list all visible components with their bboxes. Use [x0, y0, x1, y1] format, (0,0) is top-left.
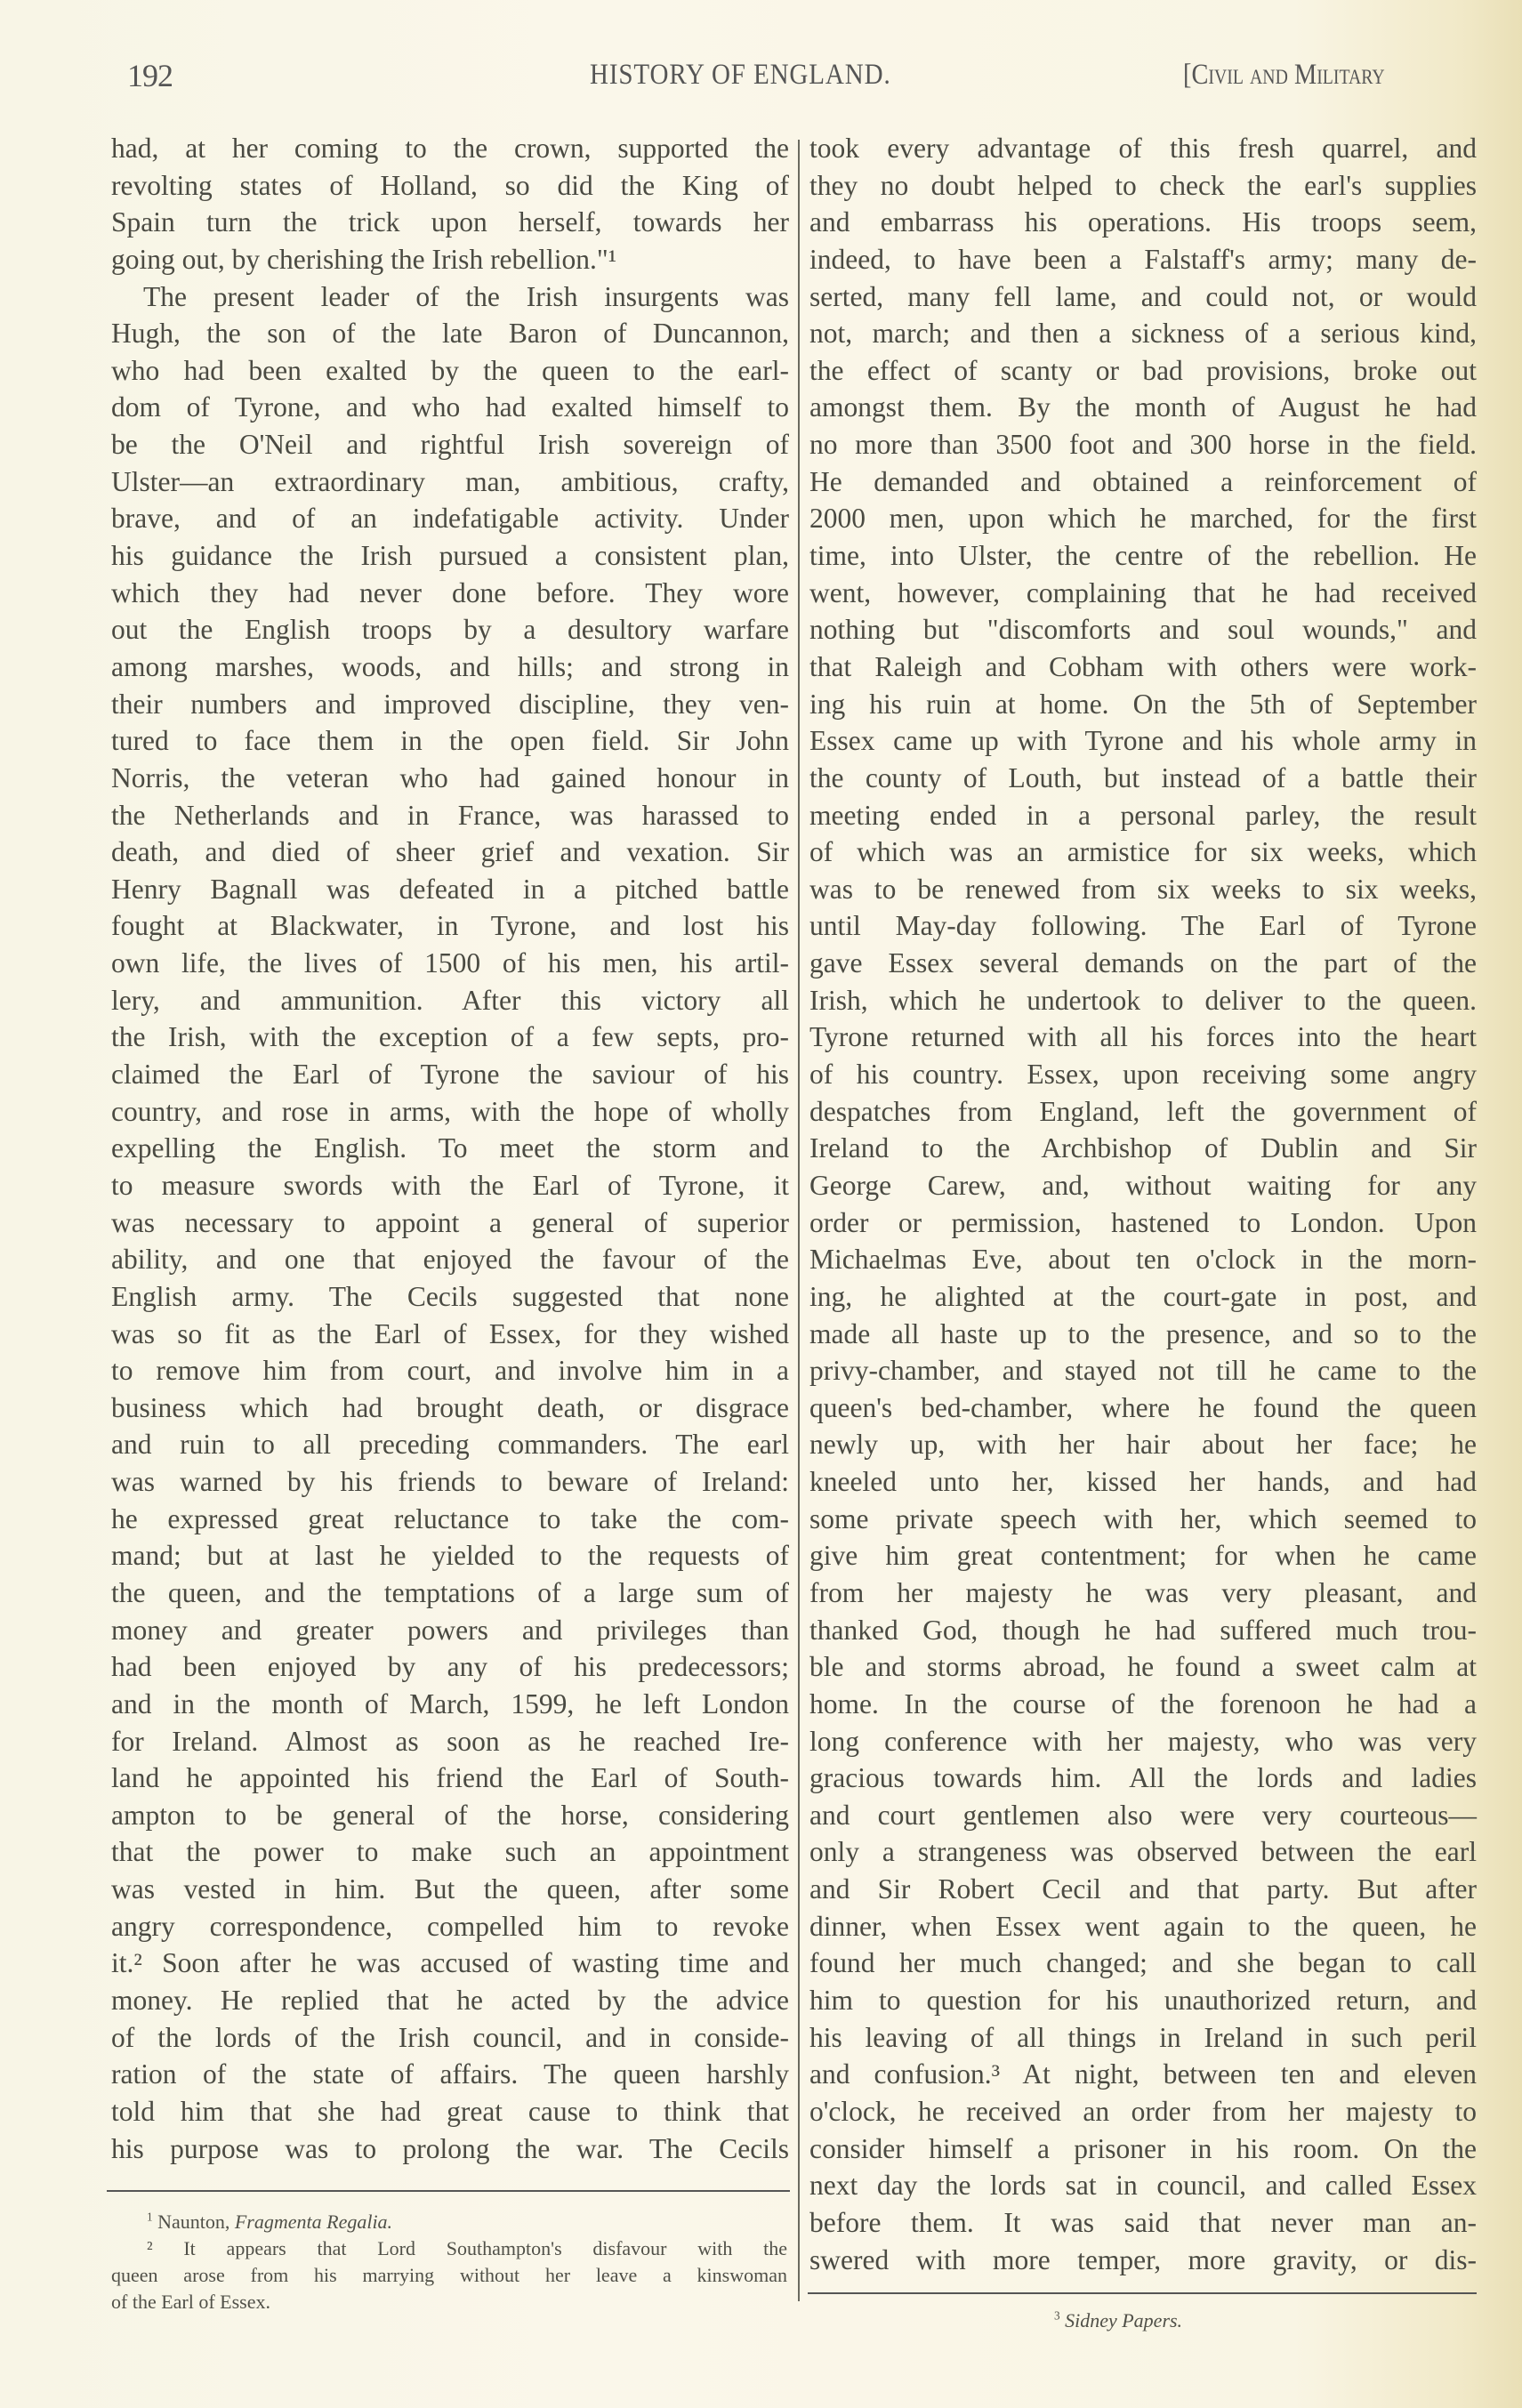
footnotes-right: 3 Sidney Papers. [1054, 2307, 1410, 2334]
text-line: revolting states of Holland, so did the … [111, 167, 789, 205]
footnotes-left: 1 Naunton, Fragmenta Regalia. ² It appea… [111, 2209, 787, 2315]
text-line: and in the month of March, 1599, he left… [111, 1686, 789, 1723]
text-line: and embarrass his operations. His troops… [809, 204, 1477, 241]
text-line: land he appointed his friend the Earl of… [111, 1760, 789, 1797]
text-line: English army. The Cecils suggested that … [111, 1278, 789, 1316]
text-line: give him great contentment; for when he … [809, 1537, 1477, 1574]
text-line: some private speech with her, which seem… [809, 1501, 1477, 1538]
text-line: fought at Blackwater, in Tyrone, and los… [111, 907, 789, 945]
footnote-mark: 3 [1054, 2309, 1060, 2323]
text-line: and ruin to all preceding commanders. Th… [111, 1426, 789, 1463]
text-line: Ulster—an extraordinary man, ambitious, … [111, 463, 789, 501]
text-line: his guidance the Irish pursued a consist… [111, 537, 789, 575]
text-line: they no doubt helped to check the earl's… [809, 167, 1477, 205]
text-line: to measure swords with the Earl of Tyron… [111, 1167, 789, 1204]
text-line: only a strangeness was observed between … [809, 1833, 1477, 1871]
text-line: the Netherlands and in France, was haras… [111, 797, 789, 834]
text-line: it.² Soon after he was accused of wastin… [111, 1945, 789, 1982]
text-line: of the lords of the Irish council, and i… [111, 2019, 789, 2057]
text-line: his purpose was to prolong the war. The … [111, 2130, 789, 2168]
text-line: which they had never done before. They w… [111, 575, 789, 612]
text-line: George Carew, and, without waiting for a… [809, 1167, 1477, 1204]
text-line: thanked God, though he had suffered much… [809, 1612, 1477, 1649]
text-line: gracious towards him. All the lords and … [809, 1760, 1477, 1797]
text-line: was warned by his friends to beware of I… [111, 1463, 789, 1501]
text-line: before them. It was said that never man … [809, 2204, 1477, 2242]
text-line: kneeled unto her, kissed her hands, and … [809, 1463, 1477, 1501]
text-line: order or permission, hastened to London.… [809, 1204, 1477, 1242]
text-line: brave, and of an indefatigable activity.… [111, 500, 789, 537]
section-title: [Civil and Military [1183, 59, 1385, 92]
running-head: 192 HISTORY OF ENGLAND. [Civil and Milit… [0, 57, 1522, 101]
text-line: until May-day following. The Earl of Tyr… [809, 907, 1477, 945]
text-line: Ireland to the Archbishop of Dublin and … [809, 1130, 1477, 1167]
text-line: tured to face them in the open field. Si… [111, 722, 789, 760]
footnote-text: Naunton, [157, 2211, 235, 2233]
text-line: dom of Tyrone, and who had exalted himse… [111, 389, 789, 426]
book-title: HISTORY OF ENGLAND. [590, 59, 891, 92]
column-divider [798, 140, 800, 2301]
text-line: and court gentlemen also were very court… [809, 1797, 1477, 1834]
left-column: had, at her coming to the crown, support… [111, 130, 789, 2167]
text-line: from her majesty he was very pleasant, a… [809, 1574, 1477, 1612]
footnote-2-line: queen arose from his marrying without he… [111, 2262, 787, 2289]
text-line: he expressed great reluctance to take th… [111, 1501, 789, 1538]
text-line: amongst them. By the month of August he … [809, 389, 1477, 426]
text-line: ability, and one that enjoyed the favour… [111, 1241, 789, 1278]
text-line: was so fit as the Earl of Essex, for the… [111, 1316, 789, 1353]
right-column: took every advantage of this fresh quarr… [809, 130, 1477, 2278]
text-line: the Irish, with the exception of a few s… [111, 1019, 789, 1056]
text-line: serted, many fell lame, and could not, o… [809, 278, 1477, 316]
text-line: indeed, to have been a Falstaff's army; … [809, 241, 1477, 278]
text-line: to remove him from court, and involve hi… [111, 1352, 789, 1389]
text-line: that the power to make such an appointme… [111, 1833, 789, 1871]
text-line: money and greater powers and privileges … [111, 1612, 789, 1649]
text-line: o'clock, he received an order from her m… [809, 2093, 1477, 2130]
text-line: country, and rose in arms, with the hope… [111, 1093, 789, 1131]
text-line: queen's bed-chamber, where he found the … [809, 1389, 1477, 1427]
text-line: own life, the lives of 1500 of his men, … [111, 945, 789, 982]
text-line: time, into Ulster, the centre of the reb… [809, 537, 1477, 575]
text-line: had, at her coming to the crown, support… [111, 130, 789, 167]
text-line: of his country. Essex, upon receiving so… [809, 1056, 1477, 1093]
text-line: next day the lords sat in council, and c… [809, 2167, 1477, 2204]
text-line: and confusion.³ At night, between ten an… [809, 2056, 1477, 2093]
text-line: was necessary to appoint a general of su… [111, 1204, 789, 1242]
text-line: death, and died of sheer grief and vexat… [111, 834, 789, 871]
text-line: going out, by cherishing the Irish rebel… [111, 241, 789, 278]
text-line: who had been exalted by the queen to the… [111, 352, 789, 390]
text-line: long conference with her majesty, who wa… [809, 1723, 1477, 1760]
text-line: business which had brought death, or dis… [111, 1389, 789, 1427]
text-line: claimed the Earl of Tyrone the saviour o… [111, 1056, 789, 1093]
text-line: went, however, complaining that he had r… [809, 575, 1477, 612]
text-line: out the English troops by a desultory wa… [111, 611, 789, 648]
text-line: was vested in him. But the queen, after … [111, 1871, 789, 1908]
text-line: dinner, when Essex went again to the que… [809, 1908, 1477, 1945]
text-line: Hugh, the son of the late Baron of Dunca… [111, 315, 789, 352]
footnote-rule-right [808, 2292, 1477, 2294]
text-line: mand; but at last he yielded to the requ… [111, 1537, 789, 1574]
footnote-source-title: Fragmenta Regalia. [235, 2211, 392, 2233]
text-line: money. He replied that he acted by the a… [111, 1982, 789, 2019]
footnote-2-line: ² It appears that Lord Southampton's dis… [111, 2235, 787, 2262]
text-line: for Ireland. Almost as soon as he reache… [111, 1723, 789, 1760]
text-line: lery, and ammunition. After this victory… [111, 982, 789, 1019]
text-line: newly up, with her hair about her face; … [809, 1426, 1477, 1463]
footnote-3: 3 Sidney Papers. [1054, 2307, 1410, 2334]
text-line: Irish, which he undertook to deliver to … [809, 982, 1477, 1019]
text-line: that Raleigh and Cobham with others were… [809, 648, 1477, 686]
text-line: nothing but "discomforts and soul wounds… [809, 611, 1477, 648]
text-line: He demanded and obtained a reinforcement… [809, 463, 1477, 501]
text-line: told him that she had great cause to thi… [111, 2093, 789, 2130]
text-line: meeting ended in a personal parley, the … [809, 797, 1477, 834]
text-line: home. In the course of the forenoon he h… [809, 1686, 1477, 1723]
text-line: took every advantage of this fresh quarr… [809, 130, 1477, 167]
text-line: The present leader of the Irish insurgen… [111, 278, 789, 316]
text-line: ing, he alighted at the court-gate in po… [809, 1278, 1477, 1316]
text-line: the queen, and the temptations of a larg… [111, 1574, 789, 1612]
text-line: be the O'Neil and rightful Irish soverei… [111, 426, 789, 463]
text-line: despatches from England, left the govern… [809, 1093, 1477, 1131]
text-line: Michaelmas Eve, about ten o'clock in the… [809, 1241, 1477, 1278]
text-line: Tyrone returned with all his forces into… [809, 1019, 1477, 1056]
text-line: made all haste up to the presence, and s… [809, 1316, 1477, 1353]
text-line: no more than 3500 foot and 300 horse in … [809, 426, 1477, 463]
text-line: ration of the state of affairs. The quee… [111, 2056, 789, 2093]
footnote-1: 1 Naunton, Fragmenta Regalia. [111, 2209, 787, 2235]
footnote-2-line: of the Earl of Essex. [111, 2289, 787, 2315]
text-line: swered with more temper, more gravity, o… [809, 2242, 1477, 2279]
footnote-rule-left [107, 2190, 790, 2192]
text-line: found her much changed; and she began to… [809, 1945, 1477, 1982]
text-line: of which was an armistice for six weeks,… [809, 834, 1477, 871]
text-line: ampton to be general of the horse, consi… [111, 1797, 789, 1834]
text-line: angry correspondence, compelled him to r… [111, 1908, 789, 1945]
text-line: expelling the English. To meet the storm… [111, 1130, 789, 1167]
text-line: him to question for his unauthorized ret… [809, 1982, 1477, 2019]
text-line: their numbers and improved discipline, t… [111, 686, 789, 723]
text-line: 2000 men, upon which he marched, for the… [809, 500, 1477, 537]
text-line: not, march; and then a sickness of a ser… [809, 315, 1477, 352]
text-line: privy-chamber, and stayed not till he ca… [809, 1352, 1477, 1389]
text-line: and Sir Robert Cecil and that party. But… [809, 1871, 1477, 1908]
text-line: was to be renewed from six weeks to six … [809, 871, 1477, 908]
text-line: Norris, the veteran who had gained honou… [111, 760, 789, 797]
page-number: 192 [127, 57, 173, 94]
text-line: ing his ruin at home. On the 5th of Sept… [809, 686, 1477, 723]
text-line: consider himself a prisoner in his room.… [809, 2130, 1477, 2168]
text-line: Spain turn the trick upon herself, towar… [111, 204, 789, 241]
text-line: the county of Louth, but instead of a ba… [809, 760, 1477, 797]
text-line: Essex came up with Tyrone and his whole … [809, 722, 1477, 760]
text-line: his leaving of all things in Ireland in … [809, 2019, 1477, 2057]
footnote-source-title: Sidney Papers. [1065, 2309, 1182, 2331]
footnote-mark: 1 [147, 2211, 153, 2224]
text-line: had been enjoyed by any of his predecess… [111, 1648, 789, 1686]
text-line: ble and storms abroad, he found a sweet … [809, 1648, 1477, 1686]
text-line: the effect of scanty or bad provisions, … [809, 352, 1477, 390]
text-line: among marshes, woods, and hills; and str… [111, 648, 789, 686]
text-line: Henry Bagnall was defeated in a pitched … [111, 871, 789, 908]
text-line: gave Essex several demands on the part o… [809, 945, 1477, 982]
